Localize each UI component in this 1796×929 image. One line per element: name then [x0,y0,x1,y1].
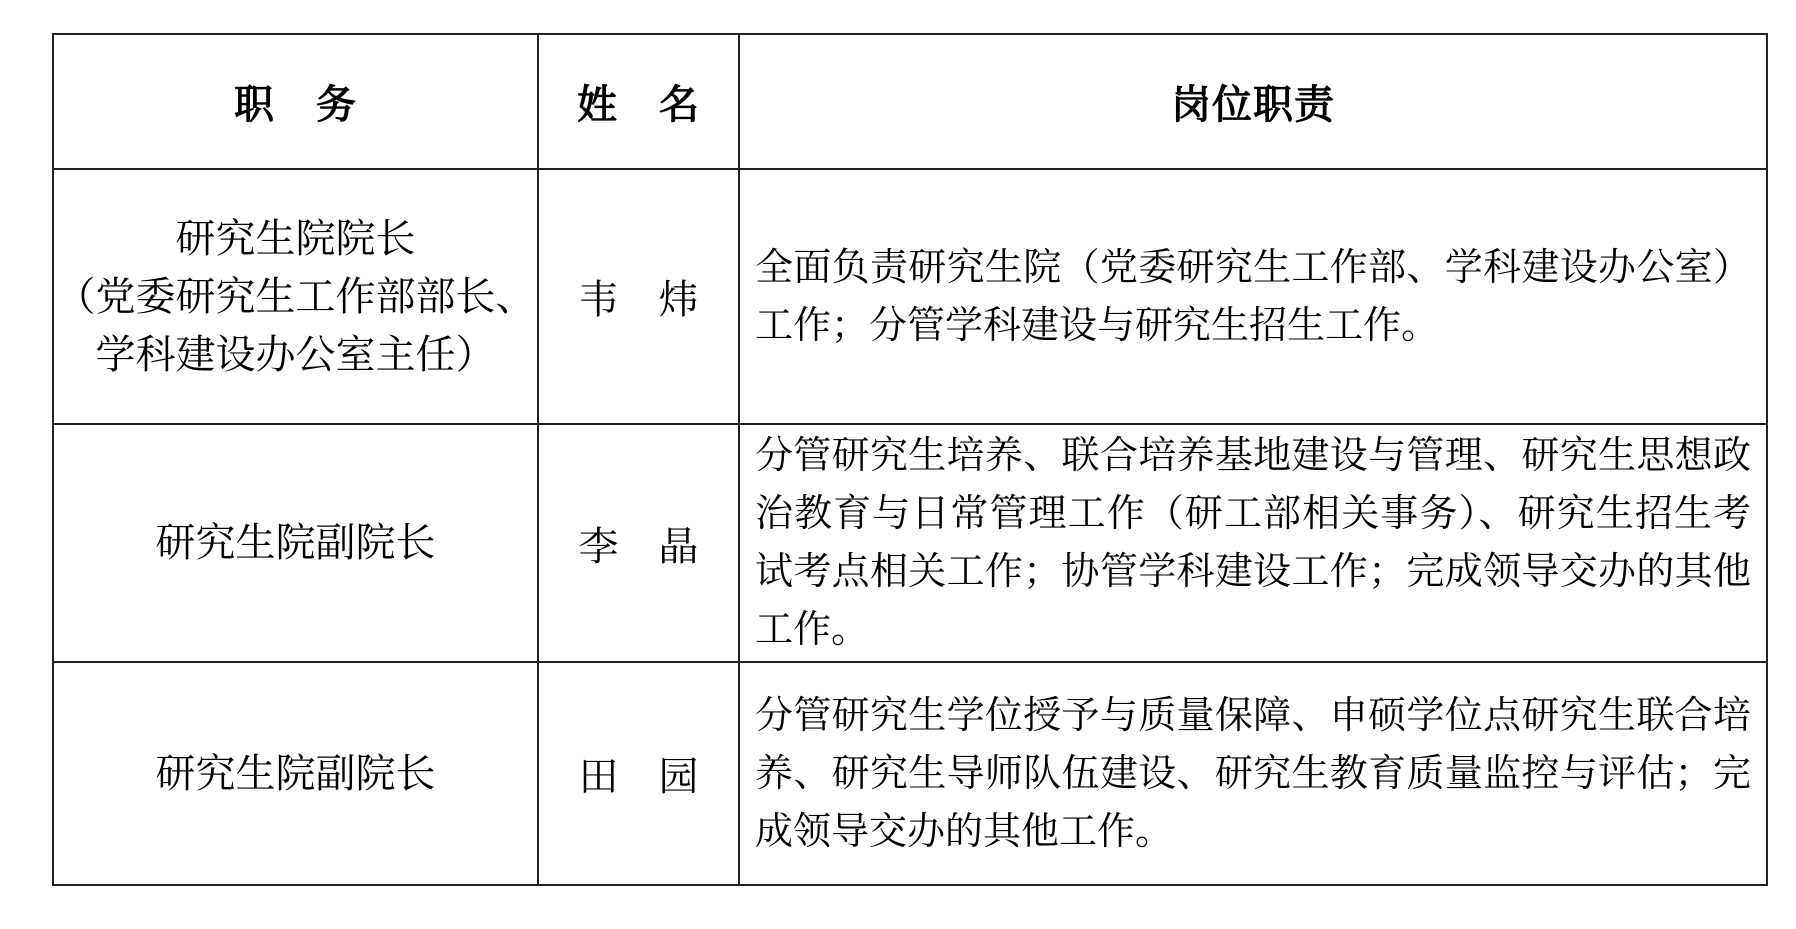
header-position: 职 务 [53,34,538,169]
duty-cell: 分管研究生学位授予与质量保障、申硕学位点研究生联合培养、研究生导师队伍建设、研究… [739,662,1767,885]
position-cell: 研究生院副院长 [53,662,538,885]
position-cell: 研究生院副院长 [53,424,538,662]
name-cell: 田 园 [538,662,739,885]
table-row-dean: 研究生院院长 （党委研究生工作部部长、 学科建设办公室主任） 韦 炜 全面负责研… [53,169,1767,424]
table-row-vice-dean-2: 研究生院副院长 田 园 分管研究生学位授予与质量保障、申硕学位点研究生联合培养、… [53,662,1767,885]
position-line: 研究生院副院长 [55,514,536,572]
name-cell: 李 晶 [538,424,739,662]
duty-cell: 分管研究生培养、联合培养基地建设与管理、研究生思想政治教育与日常管理工作（研工部… [739,424,1767,662]
position-line: 研究生院副院长 [55,745,536,803]
position-line: 学科建设办公室主任） [55,326,536,384]
name-cell: 韦 炜 [538,169,739,424]
page: 职 务 姓 名 岗位职责 研究生院院长 （党委研究生工作部部长、 学科建设办公室… [0,0,1796,929]
position-cell: 研究生院院长 （党委研究生工作部部长、 学科建设办公室主任） [53,169,538,424]
duty-table: 职 务 姓 名 岗位职责 研究生院院长 （党委研究生工作部部长、 学科建设办公室… [52,33,1768,886]
duty-cell: 全面负责研究生院（党委研究生工作部、学科建设办公室）工作；分管学科建设与研究生招… [739,169,1767,424]
header-name: 姓 名 [538,34,739,169]
header-row: 职 务 姓 名 岗位职责 [53,34,1767,169]
table-row-vice-dean-1: 研究生院副院长 李 晶 分管研究生培养、联合培养基地建设与管理、研究生思想政治教… [53,424,1767,662]
position-line: 研究生院院长 [55,210,536,268]
position-line: （党委研究生工作部部长、 [55,268,536,326]
header-duty: 岗位职责 [739,34,1767,169]
